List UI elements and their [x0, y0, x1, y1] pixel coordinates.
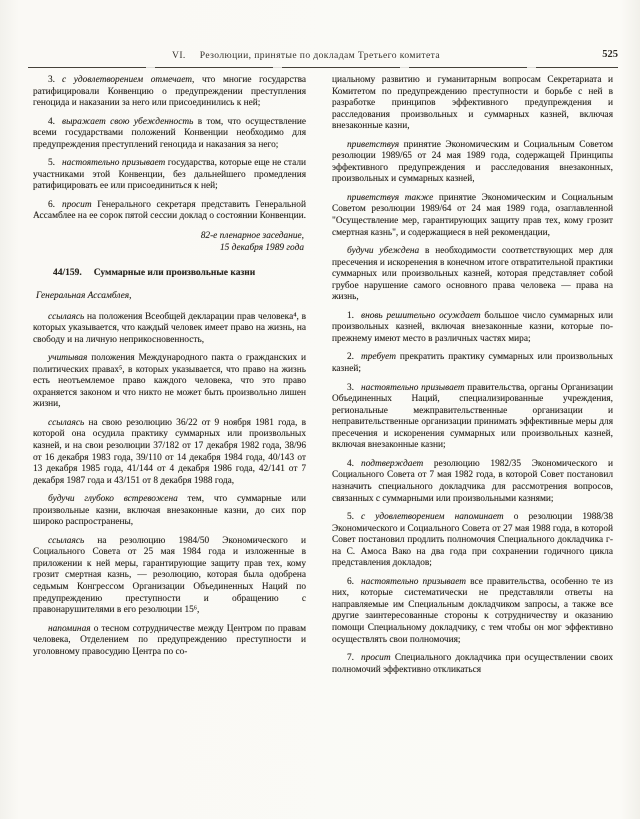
- paragraph-number: 5.: [347, 512, 354, 522]
- continuation-paragraph: циальному развитию и гуманитарным вопрос…: [332, 75, 613, 133]
- italic-lead-phrase: напоминая: [48, 624, 91, 634]
- paragraph-number: 2.: [347, 352, 354, 362]
- assembly-actor-line: Генеральная Ассамблея,: [33, 291, 306, 303]
- meeting-note: 82-е пленарное заседание,15 декабря 1989…: [33, 230, 304, 254]
- operative-paragraph: 5.настоятельно призывает государства, ко…: [33, 158, 306, 193]
- italic-lead-phrase: ссылаясь: [48, 418, 84, 428]
- paragraph-number: 5.: [48, 158, 55, 168]
- italic-lead-phrase: просит: [361, 653, 391, 663]
- paragraph-number: 3.: [48, 75, 55, 85]
- running-header: VI.Резолюции, принятые по докладам Треть…: [0, 50, 612, 61]
- preambular-paragraph: ссылаясь на положения Всеобщей деклараци…: [33, 312, 306, 347]
- italic-lead-phrase: подтверждает: [361, 459, 423, 469]
- paragraph-number: 6.: [48, 200, 55, 210]
- operative-paragraph: 6.настоятельно призывает все правительст…: [332, 577, 613, 646]
- preambular-paragraph: ссылаясь на резолюцию 1984/50 Экономичес…: [33, 536, 306, 617]
- operative-paragraph: 2.требует прекратить практику суммарных …: [332, 352, 613, 375]
- preambular-paragraph: учитывая положения Международного пакта …: [33, 353, 306, 411]
- italic-lead-phrase: с удовлетворением отмечает: [62, 75, 192, 85]
- italic-lead-phrase: с удовлетворением напоминает: [361, 512, 504, 522]
- preambular-paragraph: приветствуя принятие Экономическим и Соц…: [332, 140, 613, 186]
- preambular-paragraph: будучи убеждена в необходимости соответс…: [332, 246, 613, 304]
- italic-lead-phrase: приветствуя также: [347, 193, 433, 203]
- italic-lead-phrase: приветствуя: [347, 140, 399, 150]
- meeting-note-line: 82-е пленарное заседание,: [33, 230, 304, 242]
- italic-lead-phrase: настоятельно призывает: [62, 158, 165, 168]
- italic-lead-phrase: настоятельно призывает: [361, 577, 466, 587]
- header-divider-rule: [28, 67, 618, 68]
- operative-paragraph: 4.подтверждает резолюцию 1982/35 Экономи…: [332, 459, 613, 505]
- preambular-paragraph: ссылаясь на свою резолюцию 36/22 от 9 но…: [33, 418, 306, 487]
- italic-lead-phrase: будучи глубоко встревожена: [48, 494, 178, 504]
- section-title: Резолюции, принятые по докладам Третьего…: [200, 50, 440, 61]
- right-text-column: циальному развитию и гуманитарным вопрос…: [332, 75, 613, 683]
- operative-paragraph: 6.просит Генерального секретаря представ…: [33, 200, 306, 223]
- operative-paragraph: 3.настоятельно призывает правительства, …: [332, 383, 613, 452]
- paragraph-number: 6.: [347, 577, 354, 587]
- italic-lead-phrase: ссылаясь: [48, 312, 84, 322]
- paragraph-number: 7.: [347, 653, 354, 663]
- paragraph-number: 44/159.: [53, 268, 82, 278]
- italic-lead-phrase: будучи убеждена: [347, 246, 419, 256]
- italic-lead-phrase: учитывая: [48, 353, 87, 363]
- left-text-column: 3.с удовлетворением отмечает, что многие…: [33, 75, 306, 665]
- section-number: VI.: [172, 50, 186, 61]
- paragraph-number: 3.: [347, 383, 354, 393]
- paragraph-number: 4.: [347, 459, 354, 469]
- paragraph-number: 1.: [347, 311, 354, 321]
- meeting-note-line: 15 декабря 1989 года: [33, 242, 304, 254]
- preambular-paragraph: приветствуя также принятие Экономическим…: [332, 193, 613, 239]
- italic-lead-phrase: настоятельно призывает: [361, 383, 465, 393]
- paragraph-number: 4.: [48, 117, 55, 127]
- operative-paragraph: 5.с удовлетворением напоминает о резолюц…: [332, 512, 613, 570]
- operative-paragraph: 4.выражает свою убежденность в том, что …: [33, 117, 306, 152]
- italic-lead-phrase: вновь решительно осуждает: [361, 311, 481, 321]
- scanned-document-page: VI.Резолюции, принятые по докладам Треть…: [0, 0, 640, 819]
- italic-lead-phrase: ссылаясь: [48, 536, 84, 546]
- preambular-paragraph: напоминая о тесном сотрудничестве между …: [33, 624, 306, 659]
- operative-paragraph: 3.с удовлетворением отмечает, что многие…: [33, 75, 306, 110]
- italic-lead-phrase: выражает свою убежденность: [62, 117, 193, 127]
- italic-lead-phrase: требует: [361, 352, 396, 362]
- page-number: 525: [602, 49, 618, 60]
- italic-lead-phrase: просит: [62, 200, 92, 210]
- resolution-heading: 44/159.Суммарные или произвольные казни: [33, 268, 306, 280]
- operative-paragraph: 7.просит Специального докладчика при осу…: [332, 653, 613, 676]
- preambular-paragraph: будучи глубоко встревожена тем, что сумм…: [33, 494, 306, 529]
- operative-paragraph: 1.вновь решительно осуждает большое числ…: [332, 311, 613, 346]
